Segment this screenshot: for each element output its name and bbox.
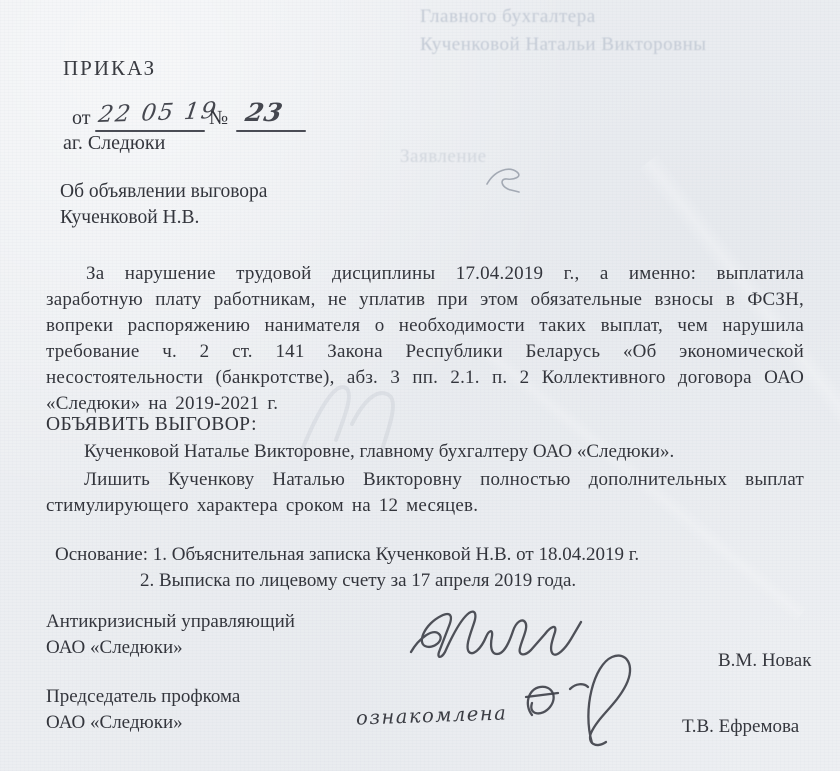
basis-line: Основание: 1. Объяснительная записка Куч… — [55, 544, 639, 566]
resolution-item: Кученковой Наталье Викторовне, главному … — [46, 441, 674, 463]
handwritten-date: 22 05 19 — [97, 98, 220, 128]
resolution-heading: ОБЪЯВИТЬ ВЫГОВОР: — [46, 414, 257, 436]
ghost-text-line: Заявление — [400, 146, 487, 168]
ghost-text-line: Главного бухгалтера — [420, 6, 596, 28]
order-subject-line: Об объявлении выговора — [60, 181, 267, 203]
ghost-text-line: Кученковой Натальи Викторовны — [420, 34, 707, 56]
signature-efremova — [518, 645, 668, 750]
order-subject-line: Кученковой Н.В. — [60, 207, 199, 229]
handwritten-order-number: 23 — [243, 98, 286, 127]
number-underline — [236, 130, 306, 132]
signatory-name: В.М. Новак — [718, 650, 811, 672]
order-title: ПРИКАЗ — [63, 56, 156, 81]
order-number-sign: № — [209, 107, 228, 130]
signatory-role: ОАО «Следюки» — [46, 637, 183, 659]
order-place: аг. Следюки — [63, 132, 165, 155]
signatory-role: ОАО «Следюки» — [46, 712, 183, 734]
signatory-role: Антикризисный управляющий — [46, 611, 295, 633]
signatory-role: Председатель профкома — [46, 686, 240, 708]
basis-line: 2. Выписка по лицевому счету за 17 апрел… — [140, 570, 576, 592]
order-body-paragraph: За нарушение трудовой дисциплины 17.04.2… — [46, 261, 804, 417]
order-date-prefix: от — [72, 107, 90, 130]
pen-squiggle-mark — [483, 166, 528, 196]
resolution-item: Лишить Кученкову Наталью Викторовну полн… — [46, 467, 804, 519]
signatory-name: Т.В. Ефремова — [682, 716, 799, 738]
scanned-order-document: Главного бухгалтера Кученковой Натальи В… — [0, 0, 840, 771]
handwritten-acknowledgement-note: ознакомлена — [356, 701, 508, 729]
